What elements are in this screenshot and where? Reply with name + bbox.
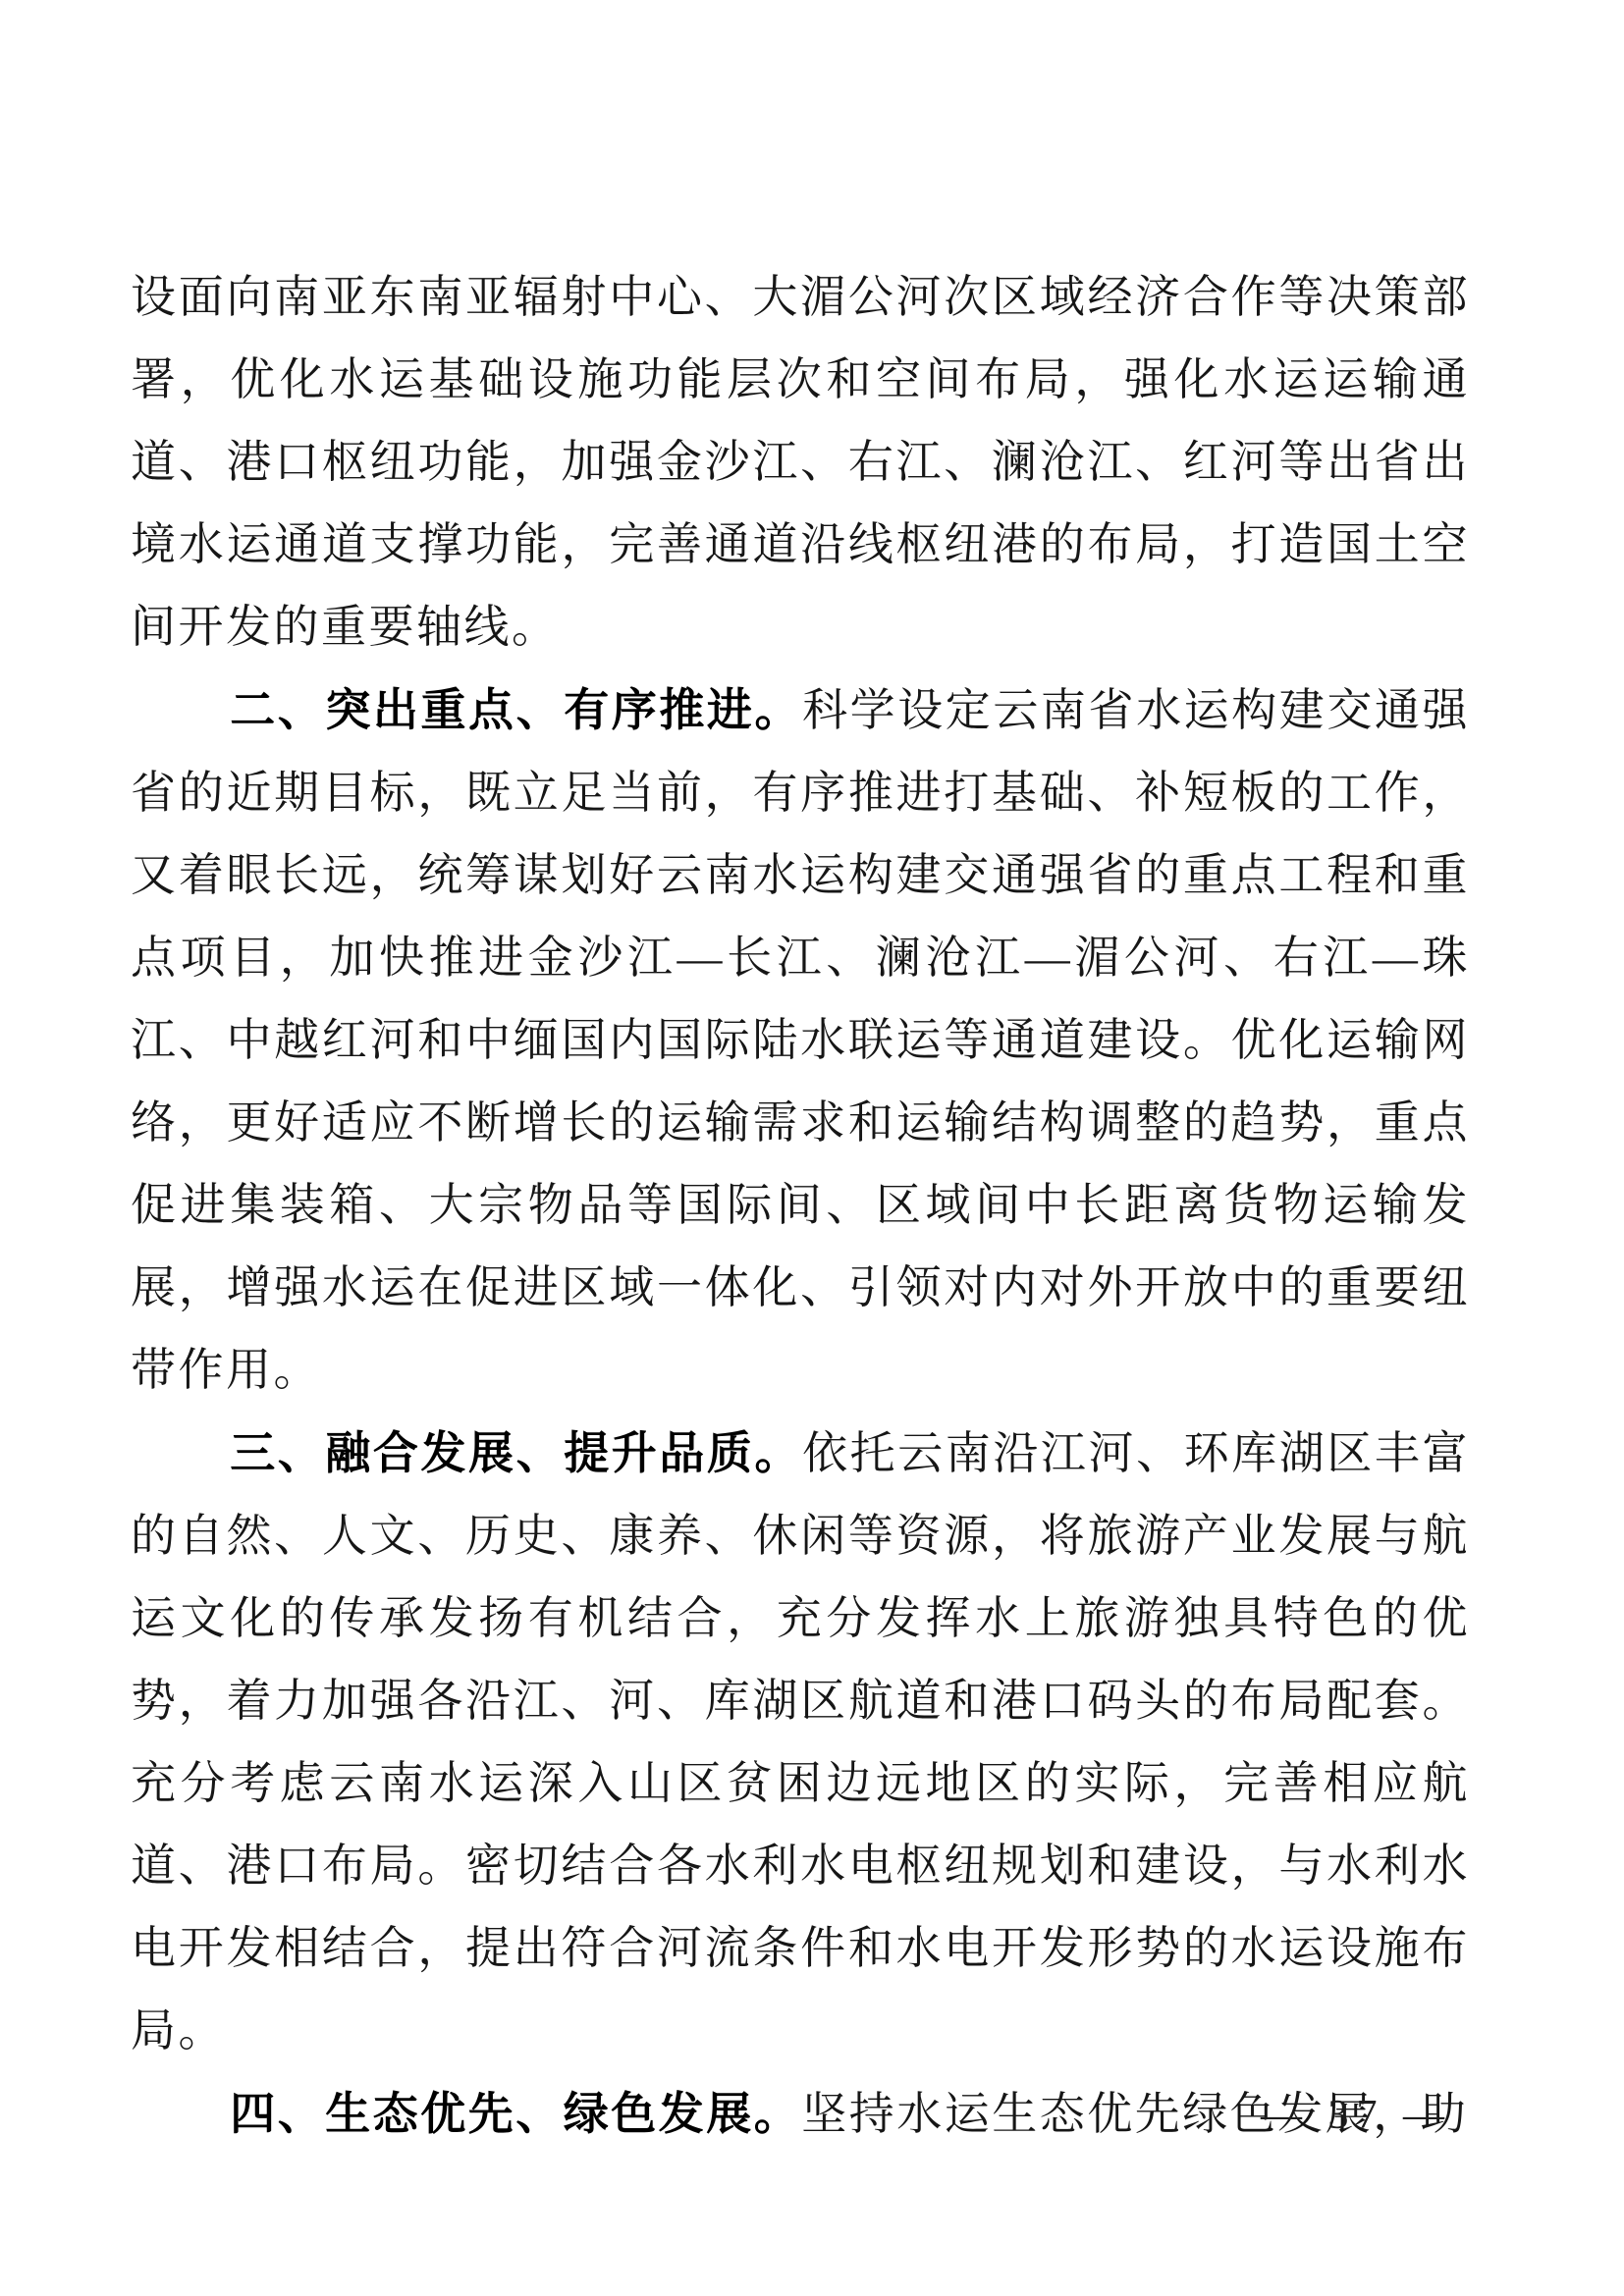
paragraph-text: 依托云南沿江河、环库湖区丰富的自然、人文、历史、康养、休闲等资源，将旅游产业发展… xyxy=(131,1428,1470,2056)
paragraph-heading: 二、突出重点、有序推进。 xyxy=(230,684,802,735)
document-page: 设面向南亚东南亚辐射中心、大湄公河次区域经济合作等决策部署，优化水运基础设施功能… xyxy=(0,0,1624,2296)
page-number: — 37 — xyxy=(1261,2091,1452,2140)
paragraph-heading: 三、融合发展、提升品质。 xyxy=(230,1427,802,1478)
paragraph-continuation: 设面向南亚东南亚辐射中心、大湄公河次区域经济合作等决策部署，优化水运基础设施功能… xyxy=(131,256,1470,668)
paragraph-text: 科学设定云南省水运构建交通强省的近期目标，既立足当前，有序推进打基础、补短板的工… xyxy=(131,685,1470,1395)
paragraph-section-2: 二、突出重点、有序推进。科学设定云南省水运构建交通强省的近期目标，既立足当前，有… xyxy=(131,668,1470,1412)
paragraph-section-3: 三、融合发展、提升品质。依托云南沿江河、环库湖区丰富的自然、人文、历史、康养、休… xyxy=(131,1412,1470,2072)
paragraph-text: 设面向南亚东南亚辐射中心、大湄公河次区域经济合作等决策部署，优化水运基础设施功能… xyxy=(131,272,1470,652)
paragraph-heading: 四、生态优先、绿色发展。 xyxy=(230,2088,801,2139)
document-body: 设面向南亚东南亚辐射中心、大湄公河次区域经济合作等决策部署，优化水运基础设施功能… xyxy=(131,256,1470,2156)
